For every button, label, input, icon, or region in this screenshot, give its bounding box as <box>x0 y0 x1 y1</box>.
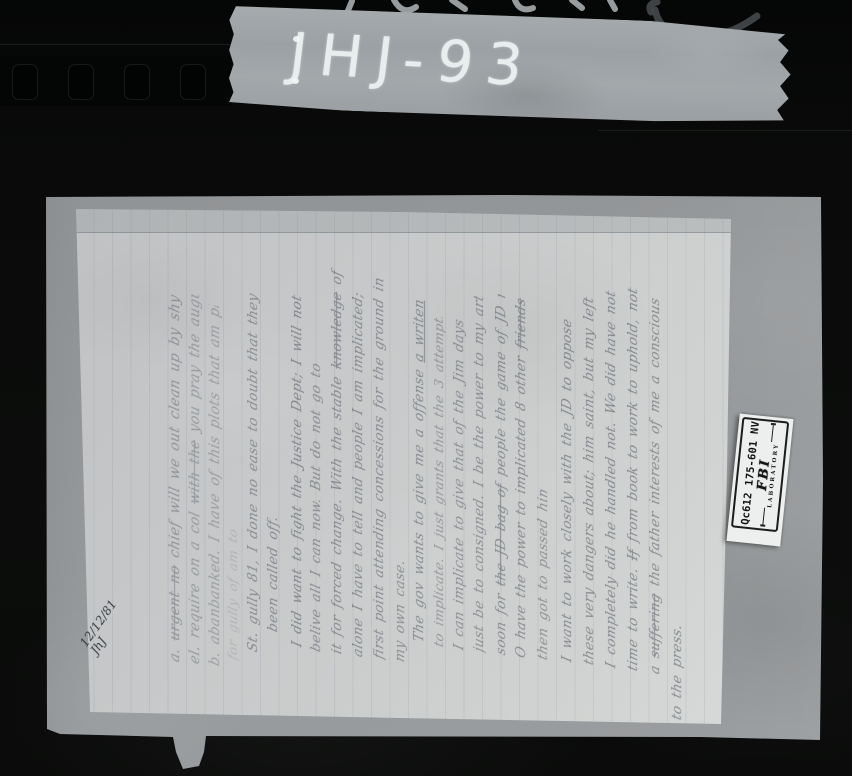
handwriting-line: first point attending concessions for th… <box>372 247 387 661</box>
handwriting-line: I want to work closely with the JD to op… <box>560 260 575 664</box>
film-scratch-line <box>598 130 852 131</box>
handwriting-line: it for forced change. With the stable kn… <box>330 252 345 656</box>
handwriting-line: belive all I can now. But do not go to <box>309 255 324 654</box>
handwriting-line: a. urgent no chief will we out clean up … <box>168 285 183 664</box>
handwriting-line: soon for the JD bag of people the game o… <box>494 293 509 657</box>
handwriting-line: I can implicate to give that of the Jim … <box>452 298 467 652</box>
handwriting-line: I did want to fight the Justice Dept; I … <box>290 245 305 649</box>
tape-photo-number: JHJ-93 <box>286 21 539 99</box>
handwriting-line: el. require on a col with the you pray t… <box>188 292 203 666</box>
dust-speck <box>292 78 299 84</box>
film-photo-frame: JHJ-93 a. urgent no chief will we out cl… <box>0 0 852 776</box>
dust-speck <box>293 36 300 42</box>
handwriting-line: alone I have to tell and people I am imp… <box>351 250 366 659</box>
handwriting-line: time to write. If from book to work to u… <box>626 269 641 673</box>
handwriting-line: to the press. <box>670 618 685 722</box>
handwriting-line: I completely did he handled not. We did … <box>604 266 619 670</box>
handwriting-line: St. gully 81, I done no ease to doubt th… <box>246 290 261 654</box>
emblem-rule-left <box>762 507 765 526</box>
handwriting-line: to implicate. I just grants that the 3 a… <box>432 315 447 649</box>
handwriting-line: just be to consigned. I be the power to … <box>472 295 487 654</box>
handwriting-line: The gov wants to give me a offense a wri… <box>412 295 427 644</box>
handwriting-line: then got to passed him. <box>536 488 551 662</box>
handwriting-line: a suffering the father interests of me a… <box>648 282 663 676</box>
handwriting-line: b. abanbanked. I have of this plots that… <box>208 304 223 668</box>
handwriting-line: been called off. <box>266 515 281 634</box>
handwriting-line: O have the power to implicated 8 other f… <box>514 296 529 660</box>
handwriting-line: my own case. <box>393 530 408 664</box>
handwriting-line: these very dangers about; him saint, but… <box>582 263 597 667</box>
emblem-rule-right <box>771 423 774 442</box>
handwriting-line: for gully of am to <box>226 508 241 662</box>
